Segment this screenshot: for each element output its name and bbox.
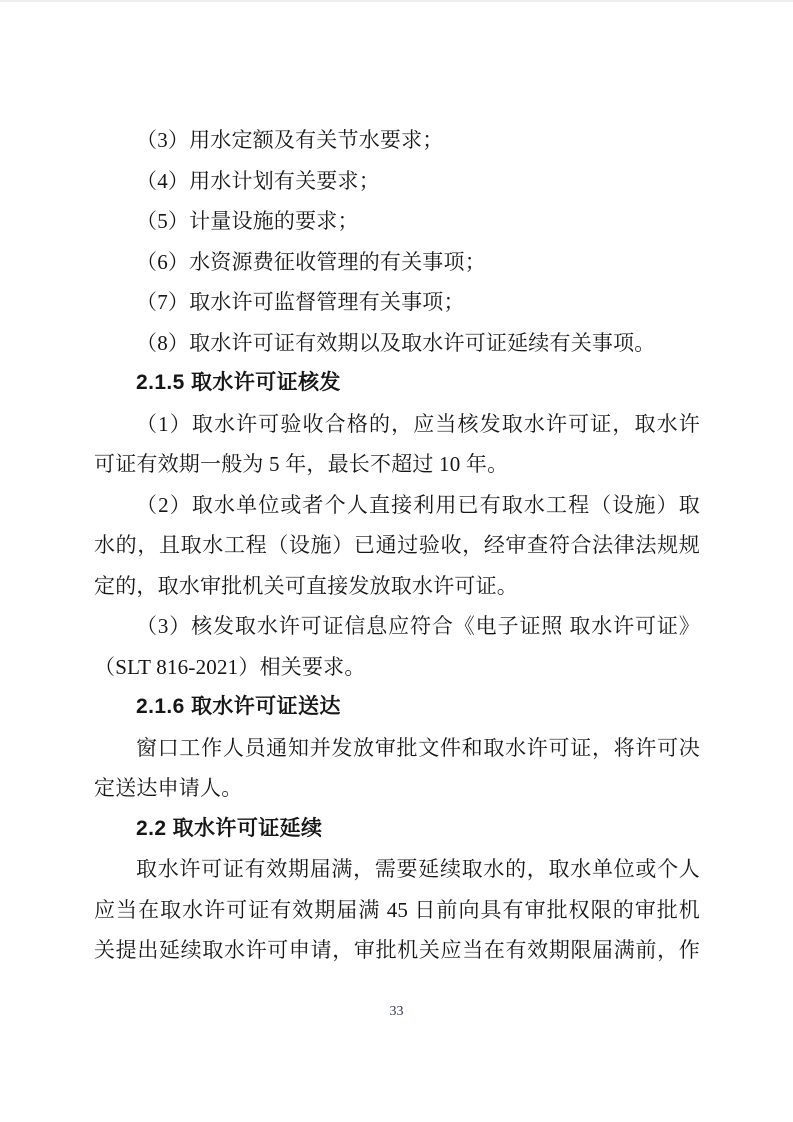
para-1-line-2: 可证有效期一般为 5 年，最长不超过 10 年。 [94,444,700,485]
section-heading-2-2: 2.2 取水许可证延续 [94,809,700,850]
para-5-line-3: 关提出延续取水许可申请，审批机关应当在有效期限届满前，作 [94,930,700,971]
section-heading-2-1-5: 2.1.5 取水许可证核发 [94,363,700,404]
list-item-5: （5）计量设施的要求； [94,201,700,242]
para-3-line-2: （SLT 816-2021）相关要求。 [94,647,700,688]
para-4-line-2: 定送达申请人。 [94,768,700,809]
para-4-line-1: 窗口工作人员通知并发放审批文件和取水许可证，将许可决 [94,728,700,769]
list-item-3: （3）用水定额及有关节水要求； [94,120,700,161]
document-body: （3）用水定额及有关节水要求； （4）用水计划有关要求； （5）计量设施的要求；… [94,120,700,971]
para-2-line-3: 定的，取水审批机关可直接发放取水许可证。 [94,566,700,607]
para-5-line-2: 应当在取水许可证有效期届满 45 日前向具有审批权限的审批机 [94,890,700,931]
para-2-line-1: （2）取水单位或者个人直接利用已有取水工程（设施）取 [94,485,700,526]
section-heading-2-1-6: 2.1.6 取水许可证送达 [94,687,700,728]
para-1-line-1: （1）取水许可验收合格的，应当核发取水许可证，取水许 [94,404,700,445]
para-3-line-1: （3）核发取水许可证信息应符合《电子证照 取水许可证》 [94,606,700,647]
list-item-4: （4）用水计划有关要求； [94,161,700,202]
list-item-6: （6）水资源费征收管理的有关事项； [94,242,700,283]
page-number: 33 [0,1002,793,1022]
list-item-8: （8）取水许可证有效期以及取水许可证延续有关事项。 [94,323,700,364]
document-page: （3）用水定额及有关节水要求； （4）用水计划有关要求； （5）计量设施的要求；… [0,0,793,1122]
list-item-7: （7）取水许可监督管理有关事项； [94,282,700,323]
para-5-line-1: 取水许可证有效期届满，需要延续取水的，取水单位或个人 [94,849,700,890]
para-2-line-2: 水的，且取水工程（设施）已通过验收，经审查符合法律法规规 [94,525,700,566]
